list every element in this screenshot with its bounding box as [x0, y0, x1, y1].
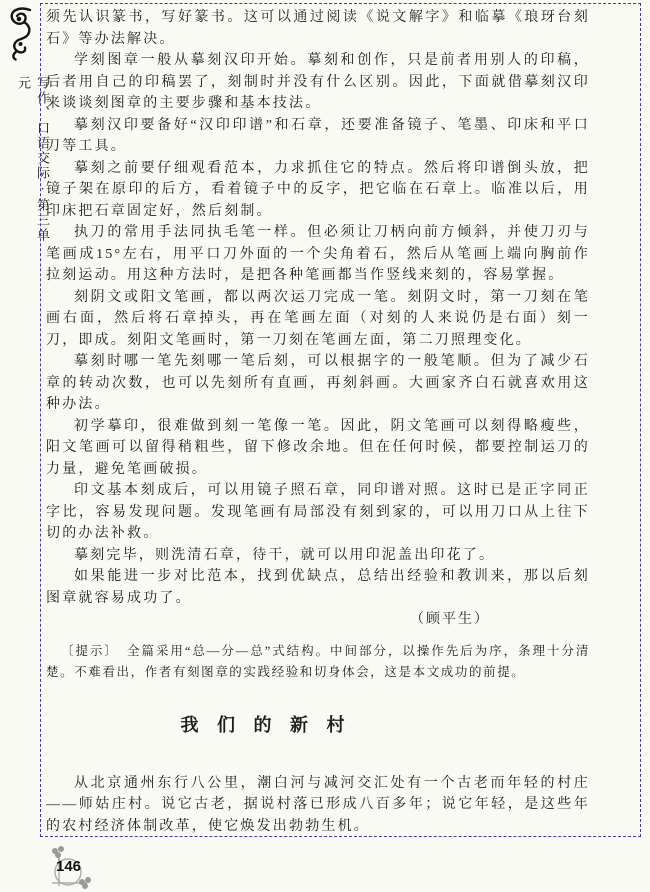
body-paragraph: 摹刻完毕，则洗清石章，待干，就可以用印泥盖出印花了。	[46, 545, 590, 567]
body-paragraph: 学刻图章一般从摹刻汉印开始。摹刻和创作，只是前者用别人的印稿，后者用自己的印稿罢…	[46, 50, 590, 115]
body-paragraph: 摹刻之前要仔细观看范本，力求抓住它的特点。然后将印谱倒头放，把镜子架在原印的后方…	[46, 158, 590, 223]
floral-flourish-ornament	[4, 5, 38, 61]
article-title: 我 们 的 新 村	[0, 711, 538, 737]
body-paragraph: 摹刻汉印要备好“汉印印谱”和石章，还要准备镜子、笔墨、印床和平口刀等工具。	[46, 115, 590, 158]
body-paragraph: 初学摹印，很难做到刻一笔像一笔。因此，阴文笔画可以刻得略瘦些，阳文笔画可以留得稍…	[46, 416, 590, 481]
body-paragraph: 印文基本刻成后，可以用镜子照石章，同印谱对照。这时已是正字同正字比，容易发现问题…	[46, 480, 590, 545]
hint-note: 〔提示〕 全篇采用“总—分—总”式结构。中间部分，以操作先后为序，条理十分清楚。…	[46, 641, 590, 683]
page-number: 146	[56, 858, 81, 875]
body-paragraph: 执刀的常用手法同执毛笔一样。但必须让刀柄向前方倾斜，并使刀刃与笔画成15°左右，…	[46, 222, 590, 287]
body-paragraph: 摹刻时哪一笔先刻哪一笔后刻，可以根据字的一般笔顺。但为了减少石章的转动次数，也可…	[46, 351, 590, 416]
body-paragraph: 从北京通州东行八公里，潮白河与减河交汇处有一个古老而年轻的村庄——师姑庄村。说它…	[46, 773, 590, 838]
page-content: 须先认识篆书，写好篆书。这可以通过阅读《说文解字》和临摹《琅玡台刻石》等办法解决…	[46, 7, 590, 837]
seal-carving-article: 须先认识篆书，写好篆书。这可以通过阅读《说文解字》和临摹《琅玡台刻石》等办法解决…	[46, 7, 590, 609]
body-paragraph: 如果能进一步对比范本，找到优缺点，总结出经验和教训来，那以后刻图章就容易成功了。	[46, 566, 590, 609]
body-paragraph: 刻阴文或阳文笔画，都以两次运刀完成一笔。刻阴文时，第一刀刻在笔画右面，然后将石章…	[46, 287, 590, 352]
body-paragraph: 须先认识篆书，写好篆书。这可以通过阅读《说文解字》和临摹《琅玡台刻石》等办法解决…	[46, 7, 590, 50]
author-attribution: （顾平生）	[46, 609, 590, 631]
new-village-article: 从北京通州东行八公里，潮白河与减河交汇处有一个古老而年轻的村庄——师姑庄村。说它…	[46, 773, 590, 838]
